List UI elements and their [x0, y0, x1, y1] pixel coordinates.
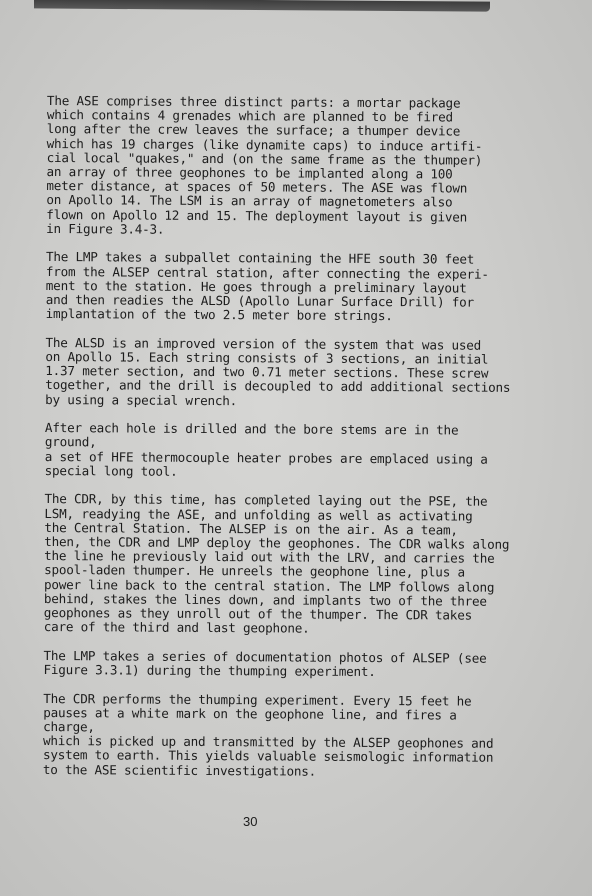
- paragraph-thumping-experiment: The CDR performs the thumping experiment…: [43, 692, 514, 780]
- body-text: The ASE comprises three distinct parts: …: [43, 94, 517, 794]
- binding-strip: [34, 0, 490, 12]
- paragraph-hfe-probes: After each hole is drilled and the bore …: [45, 421, 515, 481]
- paragraph-alsd: The ALSD is an improved version of the s…: [45, 336, 515, 410]
- page-number: 30: [243, 814, 257, 829]
- paragraph-cdr-geophones: The CDR, by this time, has completed lay…: [44, 492, 515, 637]
- document-page: The ASE comprises three distinct parts: …: [0, 0, 592, 896]
- paragraph-lmp-subpallet: The LMP takes a subpallet containing the…: [46, 250, 516, 324]
- paragraph-documentation-photos: The LMP takes a series of documentation …: [43, 649, 513, 680]
- paragraph-ase-parts: The ASE comprises three distinct parts: …: [46, 94, 517, 239]
